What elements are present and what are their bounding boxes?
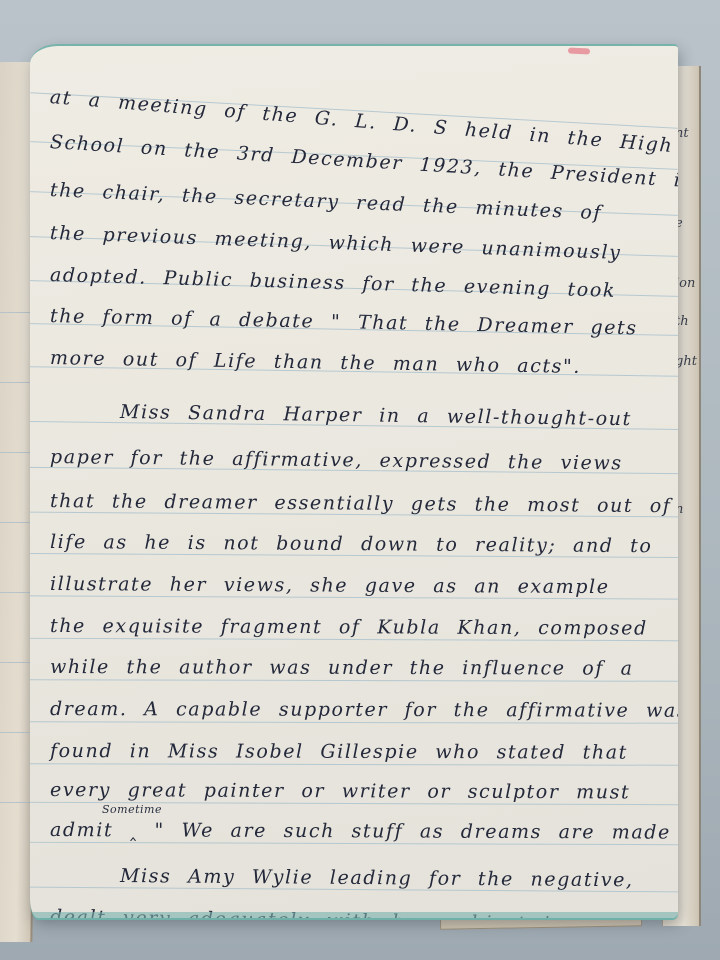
text-line: Miss Amy Wylie leading for the negative, [120,865,668,892]
text-line: the form of a debate " That the Dreamer … [50,305,668,340]
text-line: the exquisite fragment of Kubla Khan, co… [50,615,668,640]
text-line: illustrate her views, she gave as an exa… [50,573,668,598]
pink-page-marker [568,47,590,54]
text-line: found in Miss Isobel Gillespie who state… [50,740,668,764]
text-line: adopted. Public business for the evening… [50,264,668,303]
text-line: life as he is not bound down to reality;… [50,531,668,557]
text-line: dealt very adequately with her subject i… [50,906,668,918]
insertion-note: Sometime [102,803,162,816]
notebook-page: at a meeting of the G. L. D. S held in t… [30,44,678,918]
text-line: the chair, the secretary read the minute… [50,179,668,227]
facing-page-fragment: ght [675,354,697,369]
text-line: Miss Sandra Harper in a well-thought-out [120,401,668,431]
text-line: admit ‸ " We are such stuff as dreams ar… [50,819,668,844]
text-line: more out of Life than the man who acts". [50,347,668,379]
text-line: every great painter or writer or sculpto… [50,779,668,804]
facing-page-fragment: ion [675,276,695,291]
text-line: that the dreamer essentially gets the mo… [50,490,668,517]
text-line: the previous meeting, which were unanimo… [50,222,668,266]
text-line: dream. A capable supporter for the affir… [50,698,668,722]
handwritten-text: at a meeting of the G. L. D. S held in t… [30,46,678,918]
text-line: paper for the affirmative, expressed the… [50,446,668,475]
text-line: while the author was under the influence… [50,656,668,680]
